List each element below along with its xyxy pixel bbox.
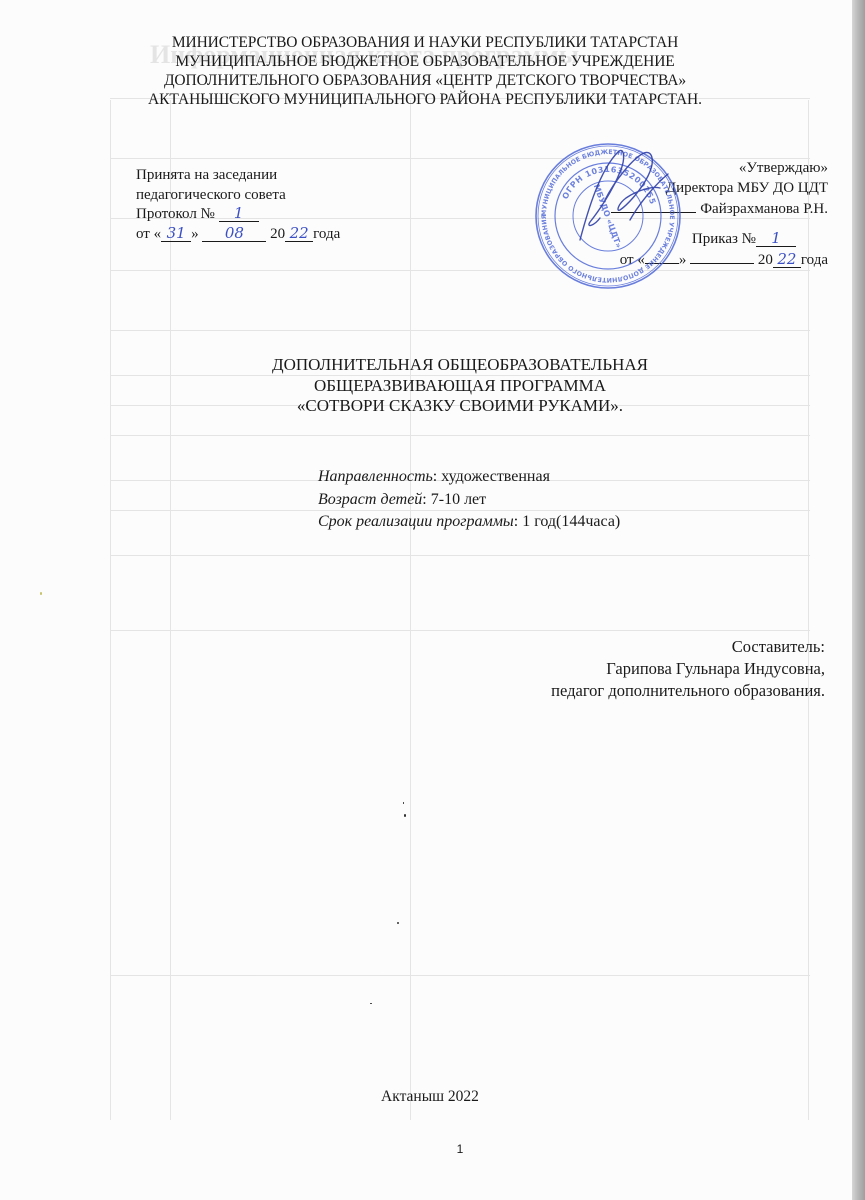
year-label: года	[313, 226, 340, 242]
page-number: 1	[440, 1142, 480, 1156]
param-label: Срок реализации программы	[318, 513, 514, 530]
order-number: 1	[756, 231, 796, 247]
institution-header: МИНИСТЕРСТВО ОБРАЗОВАНИЯ И НАУКИ РЕСПУБЛ…	[120, 33, 730, 109]
accepted-line-1: Принята на заседании	[136, 166, 340, 186]
header-line: ДОПОЛНИТЕЛЬНОГО ОБРАЗОВАНИЯ «ЦЕНТР ДЕТСК…	[120, 71, 730, 90]
scan-speck	[40, 592, 42, 595]
header-line: АКТАНЫШСКОГО МУНИЦИПАЛЬНОГО РАЙОНА РЕСПУ…	[120, 90, 730, 109]
param-direction: Направленность: художественная	[318, 466, 620, 489]
year-suffix: 22	[773, 252, 801, 268]
title-line: «СОТВОРИ СКАЗКУ СВОИМИ РУКАМИ».	[200, 396, 720, 417]
document-page: Информационная карта программы МИНИСТЕРС…	[0, 0, 852, 1200]
param-age: Возраст детей: 7-10 лет	[318, 489, 620, 512]
city-year: Актаныш 2022	[330, 1088, 530, 1106]
compiler-name: Гарипова Гульнара Индусовна,	[440, 658, 825, 680]
param-label: Возраст детей	[318, 491, 422, 508]
title-line: ОБЩЕРАЗВИВАЮЩАЯ ПРОГРАММА	[200, 376, 720, 397]
date-day: 31	[161, 226, 191, 242]
protocol-line: Протокол № 1	[136, 205, 340, 225]
scan-speck	[370, 1003, 372, 1004]
scan-speck	[397, 922, 399, 924]
year-prefix: 20	[270, 226, 285, 242]
scanner-edge-shadow	[852, 0, 865, 1200]
param-duration: Срок реализации программы: 1 год(144часа…	[318, 511, 620, 534]
header-line: МУНИЦИПАЛЬНОЕ БЮДЖЕТНОЕ ОБРАЗОВАТЕЛЬНОЕ …	[120, 52, 730, 71]
scan-speck	[403, 802, 404, 804]
program-params: Направленность: художественная Возраст д…	[318, 466, 620, 534]
header-line: МИНИСТЕРСТВО ОБРАЗОВАНИЯ И НАУКИ РЕСПУБЛ…	[120, 33, 730, 52]
compiler-block: Составитель: Гарипова Гульнара Индусовна…	[440, 636, 825, 702]
scan-speck	[404, 814, 406, 817]
param-value: : художественная	[433, 468, 550, 485]
compiler-position: педагог дополнительного образования.	[440, 680, 825, 702]
date-month-blank	[690, 249, 754, 264]
year-label: года	[801, 252, 828, 268]
param-value: : 1 год(144часа)	[514, 513, 621, 530]
protocol-number: 1	[219, 206, 259, 222]
accepted-line-2: педагогического совета	[136, 186, 340, 206]
date-prefix: от «	[136, 226, 161, 242]
param-label: Направленность	[318, 468, 433, 485]
param-value: : 7-10 лет	[422, 491, 486, 508]
director-signature-icon	[560, 140, 680, 250]
date-month: 08	[202, 226, 266, 242]
year-suffix: 22	[285, 226, 313, 242]
accepted-block: Принята на заседании педагогического сов…	[136, 166, 340, 244]
order-label: Приказ №	[692, 231, 756, 247]
program-title: ДОПОЛНИТЕЛЬНАЯ ОБЩЕОБРАЗОВАТЕЛЬНАЯ ОБЩЕР…	[200, 355, 720, 417]
protocol-label: Протокол №	[136, 206, 215, 222]
title-line: ДОПОЛНИТЕЛЬНАЯ ОБЩЕОБРАЗОВАТЕЛЬНАЯ	[200, 355, 720, 376]
director-name: Файзрахманова Р.Н.	[700, 201, 828, 217]
compiler-label: Составитель:	[440, 636, 825, 658]
accepted-date-line: от «31» 08 2022года	[136, 225, 340, 245]
date-day-close: »	[191, 226, 199, 242]
year-prefix: 20	[758, 252, 773, 268]
